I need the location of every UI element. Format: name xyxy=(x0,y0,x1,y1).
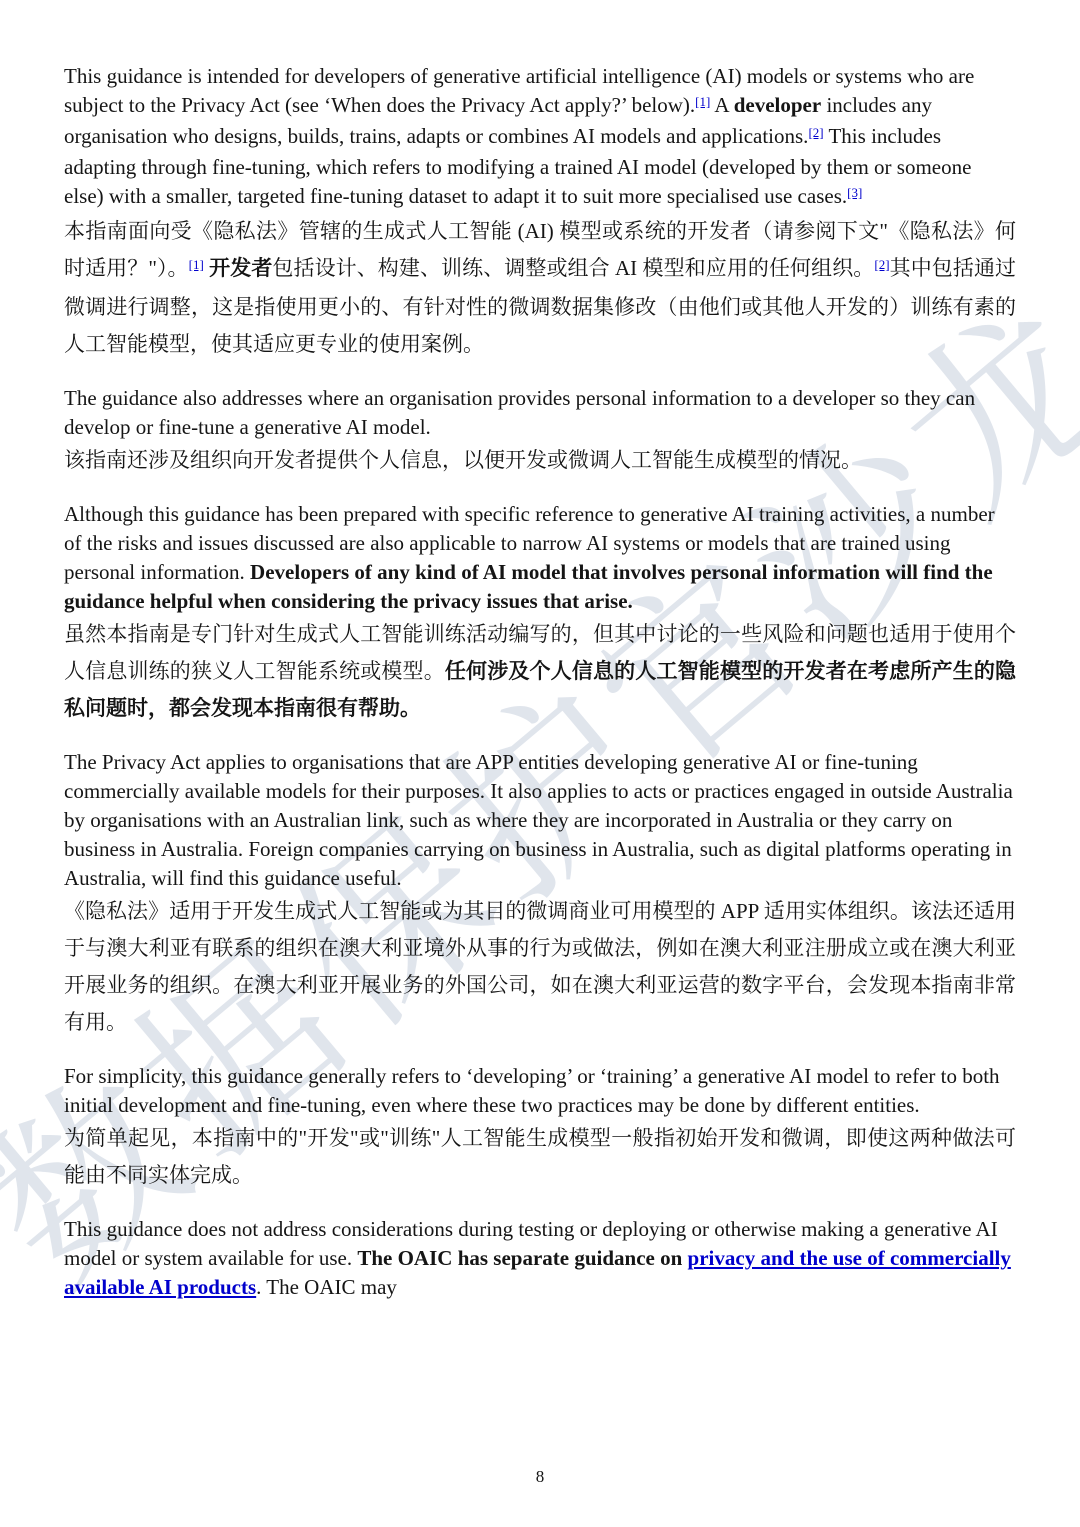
footnote-ref-link[interactable]: [2] xyxy=(874,257,889,272)
text-run: The guidance also addresses where an org… xyxy=(64,386,975,439)
paragraph-block-en: The guidance also addresses where an org… xyxy=(64,384,1016,442)
paragraph-block-zh: 为简单起见，本指南中的"开发"或"训练"人工智能生成模型一般指初始开发和微调，即… xyxy=(64,1120,1016,1194)
paragraph-block-en: This guidance does not address considera… xyxy=(64,1215,1016,1302)
content: This guidance is intended for developers… xyxy=(64,62,1016,1323)
text-run: 包括设计、构建、训练、调整或组合 AI 模型和应用的任何组织。 xyxy=(272,256,874,280)
paragraph-block-zh: 《隐私法》适用于开发生成式人工智能或为其目的微调商业可用模型的 APP 适用实体… xyxy=(64,893,1016,1041)
footnote-ref-link[interactable]: [1] xyxy=(695,94,710,109)
footnote-ref-link[interactable]: [2] xyxy=(808,125,823,140)
paragraph-block-zh: 本指南面向受《隐私法》管辖的生成式人工智能 (AI) 模型或系统的开发者（请参阅… xyxy=(64,213,1016,363)
paragraph-block-zh: 该指南还涉及组织向开发者提供个人信息，以便开发或微调人工智能生成模型的情况。 xyxy=(64,442,1016,479)
text-run: The OAIC has separate guidance on xyxy=(357,1246,687,1270)
text-run: 为简单起见，本指南中的"开发"或"训练"人工智能生成模型一般指初始开发和微调，即… xyxy=(64,1126,1016,1187)
paragraph: The guidance also addresses where an org… xyxy=(64,384,1016,479)
paragraph-block-en: The Privacy Act applies to organisations… xyxy=(64,748,1016,893)
footnote-ref-link[interactable]: [3] xyxy=(847,185,862,200)
paragraph-block-en: For simplicity, this guidance generally … xyxy=(64,1062,1016,1120)
document-page: 数据保护官沙龙 This guidance is intended for de… xyxy=(0,0,1080,1527)
text-run: 该指南还涉及组织向开发者提供个人信息，以便开发或微调人工智能生成模型的情况。 xyxy=(64,448,862,472)
paragraph-block-en: Although this guidance has been prepared… xyxy=(64,500,1016,616)
text-run: . The OAIC may xyxy=(256,1275,397,1299)
page-number: 8 xyxy=(0,1467,1080,1487)
paragraph: Although this guidance has been prepared… xyxy=(64,500,1016,727)
footnote-ref-link[interactable]: [1] xyxy=(189,257,204,272)
text-run: developer xyxy=(734,93,821,117)
paragraph: This guidance is intended for developers… xyxy=(64,62,1016,363)
text-run: 开发者 xyxy=(209,256,272,280)
paragraph: This guidance does not address considera… xyxy=(64,1215,1016,1302)
text-run: 《隐私法》适用于开发生成式人工智能或为其目的微调商业可用模型的 APP 适用实体… xyxy=(64,899,1016,1034)
paragraph-block-zh: 虽然本指南是专门针对生成式人工智能训练活动编写的，但其中讨论的一些风险和问题也适… xyxy=(64,616,1016,727)
text-run: For simplicity, this guidance generally … xyxy=(64,1064,1000,1117)
paragraph: The Privacy Act applies to organisations… xyxy=(64,748,1016,1041)
text-run: The Privacy Act applies to organisations… xyxy=(64,750,1013,890)
paragraph-block-en: This guidance is intended for developers… xyxy=(64,62,1016,213)
text-run: A xyxy=(710,93,733,117)
paragraph: For simplicity, this guidance generally … xyxy=(64,1062,1016,1194)
